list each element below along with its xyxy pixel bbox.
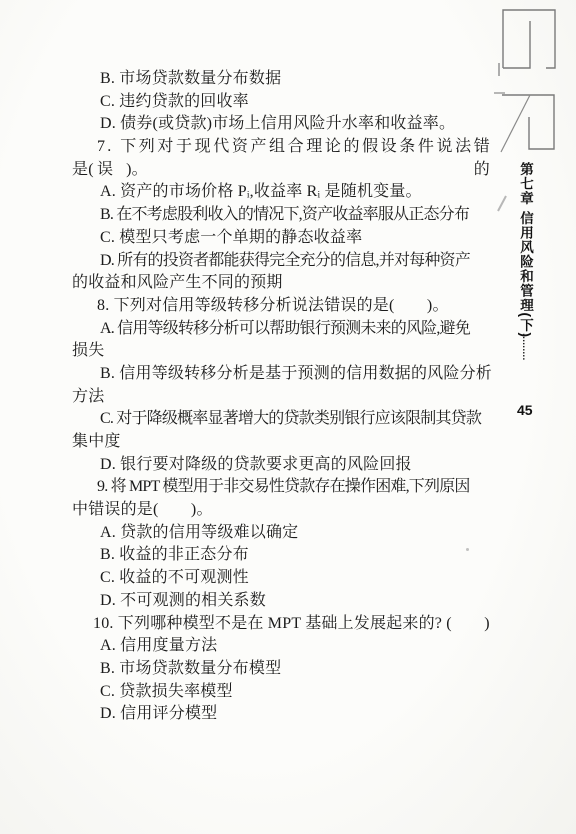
- q6-option-b: B. 市场贷款数量分布数据: [72, 68, 492, 91]
- q9-stem: 9. 将 MPT 模型用于非交易性贷款存在操作困难,下列原因: [72, 476, 492, 499]
- q10-stem: 10. 下列哪种模型不是在 MPT 基础上发展起来的? ( ): [72, 613, 492, 636]
- q9-option-a: A. 贷款的信用等级难以确定: [72, 522, 492, 545]
- q10-option-a: A. 信用度量方法: [72, 635, 492, 658]
- q8-option-b: B. 信用等级转移分析是基于预测的信用数据的风险分析: [72, 363, 492, 386]
- q7-option-d: D. 所有的投资者都能获得完全充分的信息,并对每种资产: [72, 250, 492, 273]
- q7-option-a: A. 资产的市场价格 Pᵢ,收益率 Rᵢ 是随机变量。: [72, 181, 492, 204]
- scan-artifact-slash: [497, 196, 507, 212]
- q7-option-b: B. 在不考虑股利收入的情况下,资产收益率服从正态分布: [72, 204, 492, 227]
- q10-option-b: B. 市场贷款数量分布模型: [72, 658, 492, 681]
- q8-option-b-cont: 方法: [72, 386, 492, 409]
- q9-option-c: C. 收益的不可观测性: [72, 567, 492, 590]
- q10-option-c: C. 贷款损失率模型: [72, 681, 492, 704]
- q6-option-c: C. 违约贷款的回收率: [72, 91, 492, 114]
- q8-option-c-cont: 集中度: [72, 431, 492, 454]
- q10-option-d: D. 信用评分模型: [72, 703, 492, 726]
- q8-option-a-cont: 损失: [72, 340, 492, 363]
- q8-option-d: D. 银行要对降级的贷款要求更高的风险回报: [72, 454, 492, 477]
- q8-stem: 8. 下列对信用等级转移分析说法错误的是( )。: [72, 295, 492, 318]
- q7-stem: 7. 下列对于现代资产组合理论的假设条件说法错误的: [72, 136, 492, 159]
- q9-stem-cont: 中错误的是( )。: [72, 499, 492, 522]
- scan-artifact-tick: [498, 63, 500, 76]
- page-number: 45: [517, 402, 533, 418]
- scan-artifact-dot: [466, 548, 469, 551]
- leader-dots: ·········: [519, 333, 528, 360]
- q6-option-d: D. 债券(或贷款)市场上信用风险升水率和收益率。: [72, 113, 492, 136]
- q8-option-a: A. 信用等级转移分析可以帮助银行预测未来的风险,避免: [72, 318, 492, 341]
- q7-option-c: C. 模型只考虑一个单期的静态收益率: [72, 227, 492, 250]
- chapter-label: 第七章: [515, 162, 535, 206]
- chapter-title: 信用风险和管理(下): [515, 211, 535, 338]
- q7-option-d-cont: 的收益和风险产生不同的预期: [72, 272, 492, 295]
- q9-option-b: B. 收益的非正态分布: [72, 544, 492, 567]
- q9-option-d: D. 不可观测的相关系数: [72, 590, 492, 613]
- q8-option-c: C. 对于降级概率显著增大的贷款类别银行应该限制其贷款: [72, 408, 492, 431]
- hollow-diagonal-glyph-icon: [500, 91, 558, 153]
- scan-artifact-dash: [494, 92, 505, 94]
- scanned-page: B. 市场贷款数量分布数据 C. 违约贷款的回收率 D. 债券(或贷款)市场上信…: [0, 0, 576, 834]
- page-body: B. 市场贷款数量分布数据 C. 违约贷款的回收率 D. 债券(或贷款)市场上信…: [72, 68, 492, 726]
- hollow-frame-glyph-icon: [500, 8, 558, 70]
